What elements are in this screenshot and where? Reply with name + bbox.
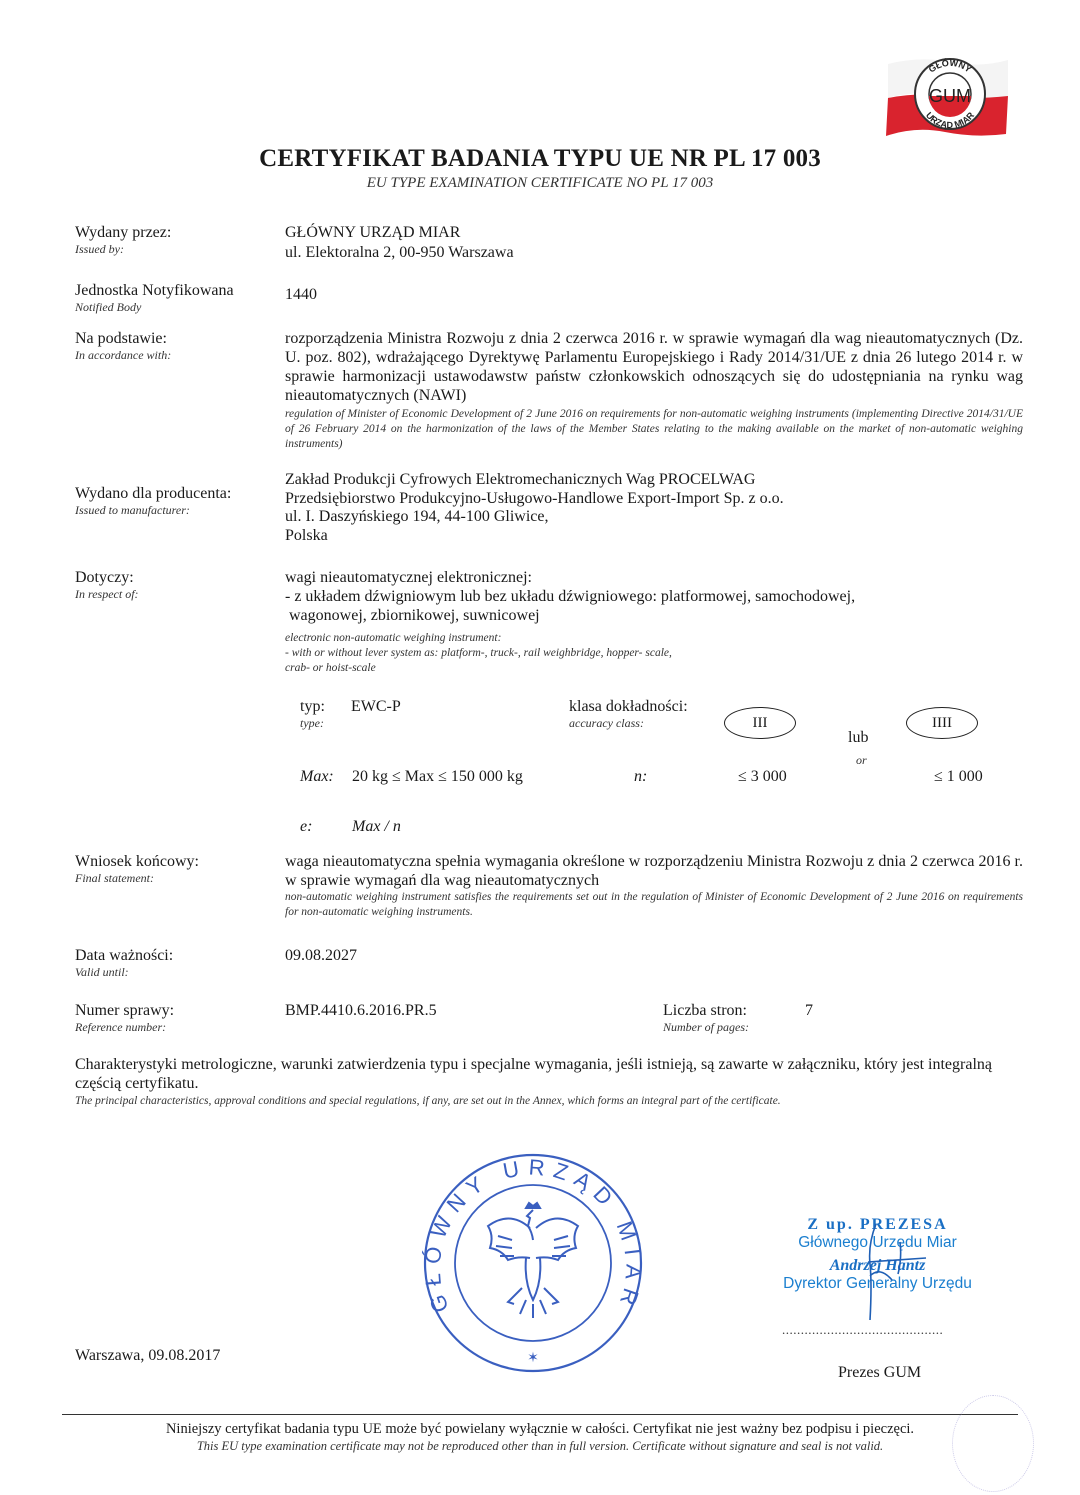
- accuracy-class-iii: III: [724, 707, 796, 739]
- max-value: 20 kg ≤ Max ≤ 150 000 kg: [352, 767, 523, 786]
- notified-body-value: 1440: [285, 285, 317, 304]
- manufacturer-label: Wydano dla producenta: Issued to manufac…: [75, 484, 231, 518]
- in-respect-label: Dotyczy: In respect of:: [75, 568, 139, 602]
- footer-divider: [62, 1414, 1018, 1415]
- partial-seal-imprint: [952, 1395, 1034, 1492]
- or-label-en: or: [856, 753, 867, 768]
- svg-text:GUM: GUM: [929, 86, 971, 106]
- pages-label: Liczba stron: Number of pages:: [663, 1001, 749, 1035]
- handwritten-signature-icon: [830, 1218, 940, 1328]
- footer-note: Niniejszy certyfikat badania typu UE moż…: [0, 1420, 1080, 1454]
- signature-dotted-line: ........................................…: [782, 1322, 943, 1338]
- reference-number-value: BMP.4410.6.2016.PR.5: [285, 1001, 437, 1020]
- n-value-iii: ≤ 3 000: [738, 767, 787, 786]
- n-label: n:: [634, 767, 647, 786]
- annex-note: Charakterystyki metrologiczne, warunki z…: [75, 1055, 1025, 1109]
- accuracy-class-iiii: IIII: [906, 707, 978, 739]
- max-label: Max:: [300, 767, 334, 786]
- eagle-seal-icon: GŁÓWNY URZĄD MIAR ✶: [418, 1148, 648, 1378]
- manufacturer-value: Zakład Produkcji Cyfrowych Elektromechan…: [285, 471, 784, 545]
- type-label: typ: type:: [300, 697, 325, 731]
- in-accordance-label: Na podstawie: In accordance with:: [75, 329, 171, 363]
- type-value: EWC-P: [351, 697, 401, 716]
- pages-value: 7: [805, 1001, 813, 1020]
- flag-seal-icon: GUM GŁÓWNY URZĄD MIAR: [880, 52, 1015, 140]
- issued-by-value: GŁÓWNY URZĄD MIAR ul. Elektoralna 2, 00-…: [285, 223, 514, 262]
- star-icon: ✶: [527, 1351, 539, 1366]
- valid-until-label: Data ważności: Valid until:: [75, 946, 173, 980]
- final-statement-label: Wniosek końcowy: Final statement:: [75, 852, 199, 886]
- official-seal: GŁÓWNY URZĄD MIAR ✶: [418, 1148, 648, 1378]
- e-value: Max / n: [352, 817, 401, 836]
- issued-by-label: Wydany przez: Issued by:: [75, 223, 171, 257]
- signature-block: Z up. PREZESA Głównego Urzędu Miar Andrz…: [770, 1216, 985, 1293]
- valid-until-value: 09.08.2027: [285, 946, 357, 965]
- in-respect-value: wagi nieautomatycznej elektronicznej: - …: [285, 568, 855, 676]
- place-date: Warszawa, 09.08.2017: [75, 1346, 220, 1365]
- final-statement-value: waga nieautomatyczna spełnia wymagania o…: [285, 852, 1023, 920]
- accuracy-class-label: klasa dokładności: accuracy class:: [569, 697, 688, 731]
- reference-number-label: Numer sprawy: Reference number:: [75, 1001, 174, 1035]
- or-label-pl: lub: [848, 728, 868, 747]
- notified-body-label: Jednostka Notyfikowana Notified Body: [75, 281, 234, 315]
- certificate-title: CERTYFIKAT BADANIA TYPU UE NR PL 17 003: [0, 145, 1080, 173]
- in-accordance-value: rozporządzenia Ministra Rozwoju z dnia 2…: [285, 329, 1023, 452]
- certificate-subtitle: EU TYPE EXAMINATION CERTIFICATE NO PL 17…: [0, 175, 1080, 192]
- gum-logo: GUM GŁÓWNY URZĄD MIAR: [880, 52, 1015, 140]
- e-label: e:: [300, 817, 312, 836]
- signatory-title: Prezes GUM: [838, 1363, 921, 1382]
- n-value-iiii: ≤ 1 000: [934, 767, 983, 786]
